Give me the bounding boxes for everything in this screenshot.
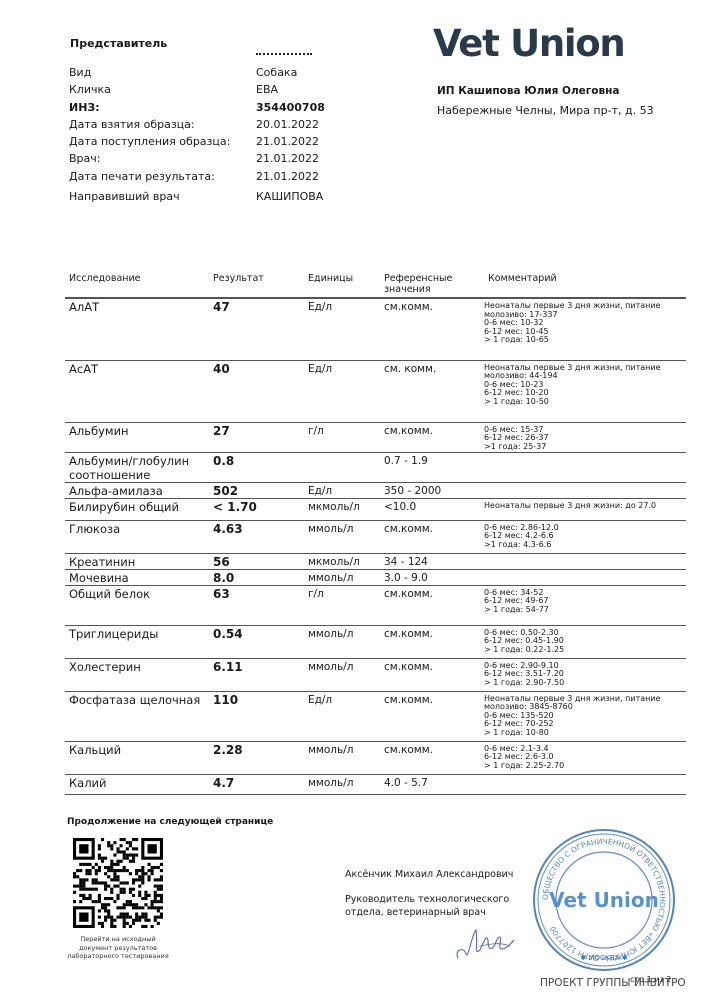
info-value: 354400708: [256, 99, 325, 116]
comment-line: >1 года: 25-37: [484, 443, 682, 452]
brand-logo: Vet Union: [433, 22, 624, 65]
signer-position: Руководитель технологического отдела, ве…: [345, 893, 515, 919]
test-result: 40: [209, 360, 304, 422]
continued-note: Продолжение на следующей странице: [67, 817, 273, 827]
test-result: 110: [209, 691, 304, 741]
test-unit: г/л: [304, 585, 380, 625]
info-row: КличкаЕВА: [69, 81, 325, 98]
info-label: Врач:: [69, 150, 256, 167]
comment-line: > 1 года: 0.22-1.25: [484, 646, 682, 655]
test-result: 63: [209, 585, 304, 625]
test-unit: Ед/л: [304, 691, 380, 741]
table-row: Альфа-амилаза502Ед/л350 - 2000: [65, 482, 686, 498]
comment-line: > 1 года: 2.25-2.70: [484, 762, 682, 771]
test-reference: 4.0 - 5.7: [380, 774, 478, 794]
test-unit: Ед/л: [304, 482, 380, 498]
stamp-icon: ОБЩЕСТВО С ОГРАНИЧЕННОЙ ОТВЕТСТВЕННОСТЬЮ…: [532, 828, 676, 972]
scrap-mark: [256, 53, 312, 58]
test-comment: Неонаталы первые 3 дня жизни, питаниемол…: [478, 298, 686, 360]
table-row: Общий белок63г/лсм.комм.0-6 мес: 34-526-…: [65, 585, 686, 625]
test-comment: [478, 774, 686, 794]
svg-text:Vet Union: Vet Union: [549, 888, 659, 912]
test-unit: ммоль/л: [304, 520, 380, 553]
test-reference: см.комм.: [380, 691, 478, 741]
test-name: Креатинин: [65, 553, 209, 569]
test-result: 2.28: [209, 741, 304, 774]
info-row: ВидСобака: [69, 64, 325, 81]
signer-name: Аксёнчик Михаил Александрович: [345, 869, 513, 880]
table-row: АлАТ47Ед/лсм.комм.Неонаталы первые 3 дня…: [65, 298, 686, 360]
test-reference: см.комм.: [380, 658, 478, 691]
test-comment: 0-6 мес: 2.1-3.46-12 мес: 2.6-3.0> 1 год…: [478, 741, 686, 774]
test-result: 0.54: [209, 625, 304, 658]
table-row: Холестерин6.11ммоль/лсм.комм.0-6 мес: 2.…: [65, 658, 686, 691]
test-unit: ммоль/л: [304, 625, 380, 658]
table-row: Кальций2.28ммоль/лсм.комм.0-6 мес: 2.1-3…: [65, 741, 686, 774]
comment-line: > 1 года: 2.90-7.50: [484, 679, 682, 688]
header-result: Результат: [209, 272, 304, 298]
info-label: Направивший врач: [69, 188, 256, 205]
table-row: Альбумин27г/лсм.комм.0-6 мес: 15-376-12 …: [65, 422, 686, 452]
test-unit: [304, 452, 380, 482]
qr-caption: Перейти на исходный документ результатов…: [64, 935, 172, 961]
test-name: АлАТ: [65, 298, 209, 360]
comment-line: Неонаталы первые 3 дня жизни: до 27.0: [484, 502, 682, 511]
test-name: Альфа-амилаза: [65, 482, 209, 498]
info-row: Дата печати результата:21.01.2022: [69, 168, 325, 185]
header-unit: Единицы: [304, 272, 380, 298]
test-comment: Неонаталы первые 3 дня жизни: до 27.0: [478, 498, 686, 520]
test-name: Мочевина: [65, 569, 209, 585]
qr-code[interactable]: [73, 838, 163, 928]
test-comment: [478, 553, 686, 569]
test-reference: 34 - 124: [380, 553, 478, 569]
clinic-name: ИП Кашипова Юлия Олеговна: [437, 85, 619, 97]
info-row: Врач:21.01.2022: [69, 150, 325, 167]
test-unit: ммоль/л: [304, 741, 380, 774]
test-comment: 0-6 мес: 2.90-9.106-12 мес: 3.51-7.20> 1…: [478, 658, 686, 691]
test-name: Билирубин общий: [65, 498, 209, 520]
info-row: Дата взятия образца:20.01.2022: [69, 116, 325, 133]
test-comment: [478, 482, 686, 498]
test-comment: Неонаталы первые 3 дня жизни, питаниемол…: [478, 691, 686, 741]
test-unit: Ед/л: [304, 298, 380, 360]
comment-line: > 1 года: 10-80: [484, 729, 682, 738]
table-row: Калий4.7ммоль/л4.0 - 5.7: [65, 774, 686, 794]
test-name: Кальций: [65, 741, 209, 774]
info-label: Кличка: [69, 81, 256, 98]
test-name: Альбумин/глобулин соотношение: [65, 452, 209, 482]
table-row: Глюкоза4.63ммоль/лсм.комм.0-6 мес: 2.86-…: [65, 520, 686, 553]
test-name: Холестерин: [65, 658, 209, 691]
test-comment: [478, 569, 686, 585]
test-result: 0.8: [209, 452, 304, 482]
test-result: 4.7: [209, 774, 304, 794]
info-value: ЕВА: [256, 81, 278, 98]
info-value: 21.01.2022: [256, 168, 319, 185]
comment-line: > 1 года: 10-65: [484, 336, 682, 345]
info-value: КАШИПОВА: [256, 188, 323, 205]
test-name: Калий: [65, 774, 209, 794]
table-row: Фосфатаза щелочная110Ед/лсм.комм.Неоната…: [65, 691, 686, 741]
info-row: Направивший врачКАШИПОВА: [69, 188, 325, 205]
test-name: Триглицериды: [65, 625, 209, 658]
results-table: Исследование Результат Единицы Референсн…: [65, 272, 686, 795]
test-unit: ммоль/л: [304, 774, 380, 794]
test-result: 27: [209, 422, 304, 452]
test-name: АсАТ: [65, 360, 209, 422]
test-reference: см. комм.: [380, 360, 478, 422]
signature-icon: [450, 920, 520, 965]
test-name: Общий белок: [65, 585, 209, 625]
test-reference: 0.7 - 1.9: [380, 452, 478, 482]
table-row: Альбумин/глобулин соотношение0.80.7 - 1.…: [65, 452, 686, 482]
info-label: Дата взятия образца:: [69, 116, 256, 133]
test-comment: 0-6 мес: 15-376-12 мес: 26-37>1 года: 25…: [478, 422, 686, 452]
test-reference: <10.0: [380, 498, 478, 520]
header-comment: Комментарий: [478, 272, 686, 298]
info-label: Дата поступления образца:: [69, 133, 256, 150]
test-result: 8.0: [209, 569, 304, 585]
test-unit: ммоль/л: [304, 658, 380, 691]
test-result: 47: [209, 298, 304, 360]
test-result: 56: [209, 553, 304, 569]
table-header: Исследование Результат Единицы Референсн…: [65, 272, 686, 298]
table-row: Мочевина8.0ммоль/л3.0 - 9.0: [65, 569, 686, 585]
test-comment: [478, 452, 686, 482]
test-reference: см.комм.: [380, 625, 478, 658]
test-comment: Неонаталы первые 3 дня жизни, питаниемол…: [478, 360, 686, 422]
table-row: Креатинин56мкмоль/л34 - 124: [65, 553, 686, 569]
header-reference: Референсные значения: [380, 272, 478, 298]
test-name: Альбумин: [65, 422, 209, 452]
comment-line: > 1 года: 10-50: [484, 398, 682, 407]
clinic-address: Набережные Челны, Мира пр-т, д. 53: [437, 104, 654, 117]
svg-text:✱ МОСКВА ✱: ✱ МОСКВА ✱: [580, 954, 627, 962]
table-row: АсАТ40Ед/лсм. комм.Неонаталы первые 3 дн…: [65, 360, 686, 422]
test-unit: ммоль/л: [304, 569, 380, 585]
test-reference: см.комм.: [380, 585, 478, 625]
info-label: ИНЗ:: [69, 99, 256, 116]
test-name: Глюкоза: [65, 520, 209, 553]
info-value: 21.01.2022: [256, 150, 319, 167]
test-reference: см.комм.: [380, 741, 478, 774]
info-value: 20.01.2022: [256, 116, 319, 133]
test-reference: 3.0 - 9.0: [380, 569, 478, 585]
test-unit: Ед/л: [304, 360, 380, 422]
info-row: ИНЗ:354400708: [69, 99, 325, 116]
info-label: Дата печати результата:: [69, 168, 256, 185]
test-comment: 0-6 мес: 34-526-12 мес: 49-67> 1 года: 5…: [478, 585, 686, 625]
patient-info: ВидСобакаКличкаЕВАИНЗ:354400708Дата взят…: [69, 64, 325, 205]
test-reference: см.комм.: [380, 422, 478, 452]
test-reference: 350 - 2000: [380, 482, 478, 498]
table-row: Триглицериды0.54ммоль/лсм.комм.0-6 мес: …: [65, 625, 686, 658]
info-value: 21.01.2022: [256, 133, 319, 150]
test-comment: 0-6 мес: 2.86-12.06-12 мес: 4.2-6.6>1 го…: [478, 520, 686, 553]
test-result: 6.11: [209, 658, 304, 691]
test-result: 4.63: [209, 520, 304, 553]
header-test: Исследование: [65, 272, 209, 298]
info-label: Вид: [69, 64, 256, 81]
info-row: Дата поступления образца:21.01.2022: [69, 133, 325, 150]
info-value: Собака: [256, 64, 297, 81]
test-comment: 0-6 мес: 0.50-2.306-12 мес: 0.45-1.90> 1…: [478, 625, 686, 658]
test-unit: мкмоль/л: [304, 498, 380, 520]
test-reference: см.комм.: [380, 520, 478, 553]
comment-line: > 1 года: 54-77: [484, 606, 682, 615]
test-result: < 1.70: [209, 498, 304, 520]
table-row: Билирубин общий< 1.70мкмоль/л<10.0Неонат…: [65, 498, 686, 520]
test-reference: см.комм.: [380, 298, 478, 360]
test-unit: мкмоль/л: [304, 553, 380, 569]
test-unit: г/л: [304, 422, 380, 452]
test-name: Фосфатаза щелочная: [65, 691, 209, 741]
comment-line: >1 года: 4.3-6.6: [484, 541, 682, 550]
test-result: 502: [209, 482, 304, 498]
page-number: стр 1 из 2: [630, 975, 671, 984]
section-title: Представитель: [70, 37, 167, 50]
